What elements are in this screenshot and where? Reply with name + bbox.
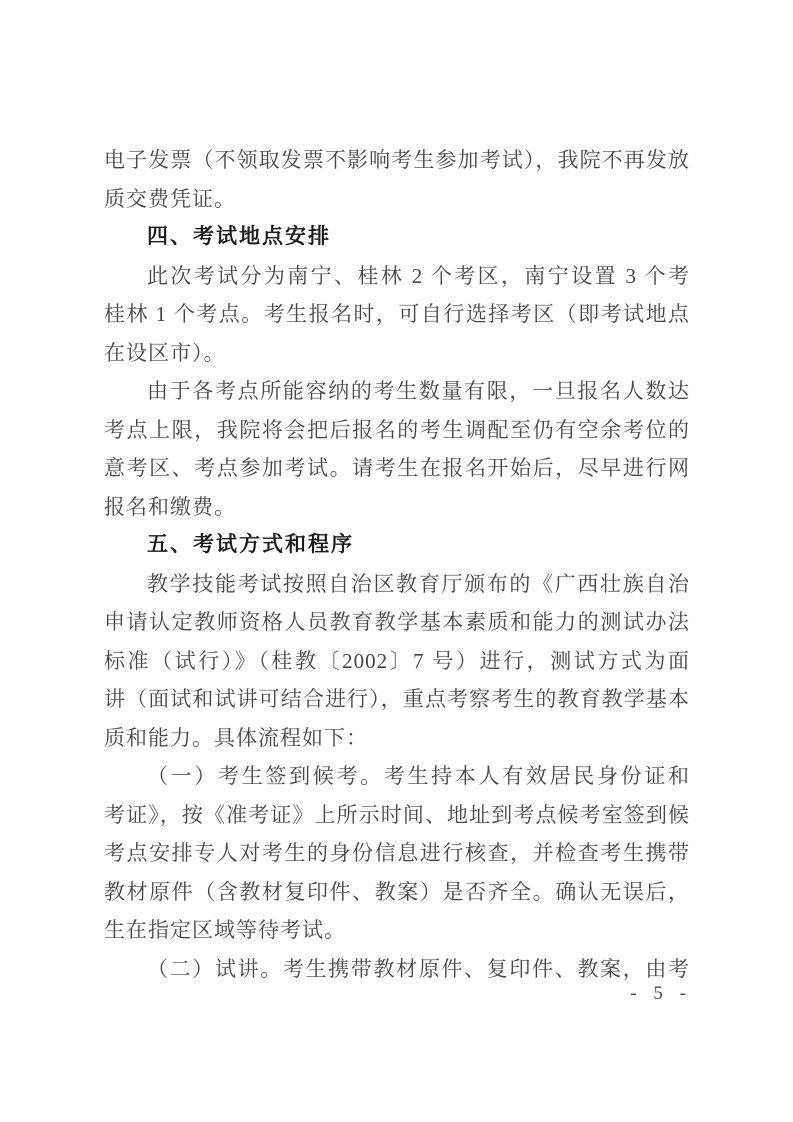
body-line: 报名和缴费。 [104, 488, 690, 527]
body-line: 在设区市）。 [104, 334, 690, 373]
body-line: 质交费凭证。 [104, 180, 690, 219]
body-line: （二）试讲。考生携带教材原件、复印件、教案，由考试 [104, 950, 690, 989]
body-line: 讲（面试和试讲可结合进行），重点考察考生的教育教学基本素 [104, 680, 690, 719]
body-line: 意考区、考点参加考试。请考生在报名开始后，尽早进行网上 [104, 449, 690, 488]
document-page: 电子发票（不领取发票不影响考生参加考试），我院不再发放纸 质交费凭证。 四、考试… [0, 0, 793, 1122]
body-line: 此次考试分为南宁、桂林 2 个考区，南宁设置 3 个考点， [104, 257, 690, 296]
section-heading-5: 五、考试方式和程序 [104, 526, 690, 565]
body-line: （一）考生签到候考。考生持本人有效居民身份证和《准 [104, 757, 690, 796]
body-line: 考点上限，我院将会把后报名的考生调配至仍有空余考位的任 [104, 411, 690, 450]
body-line: 标准（试行）》（桂教〔2002〕7 号）进行，测试方式为面试、试 [104, 642, 690, 681]
body-line: 电子发票（不领取发票不影响考生参加考试），我院不再发放纸 [104, 141, 690, 180]
section-heading-4: 四、考试地点安排 [104, 218, 690, 257]
page-number: - 5 - [630, 982, 692, 1006]
body-line: 考点安排专人对考生的身份信息进行核查，并检查考生携带的 [104, 834, 690, 873]
body-line: 申请认定教师资格人员教育教学基本素质和能力的测试办法和 [104, 603, 690, 642]
document-content: 电子发票（不领取发票不影响考生参加考试），我院不再发放纸 质交费凭证。 四、考试… [104, 141, 690, 988]
body-line: 生在指定区域等待考试。 [104, 911, 690, 950]
body-line: 桂林 1 个考点。考生报名时，可自行选择考区（即考试地点所 [104, 295, 690, 334]
body-line: 教材原件（含教材复印件、教案）是否齐全。确认无误后，考 [104, 873, 690, 912]
body-line: 考证》，按《准考证》上所示时间、地址到考点候考室签到候考。 [104, 796, 690, 835]
body-line: 质和能力。具体流程如下： [104, 719, 690, 758]
body-line: 由于各考点所能容纳的考生数量有限，一旦报名人数达到 [104, 372, 690, 411]
body-line: 教学技能考试按照自治区教育厅颁布的《广西壮族自治区 [104, 565, 690, 604]
